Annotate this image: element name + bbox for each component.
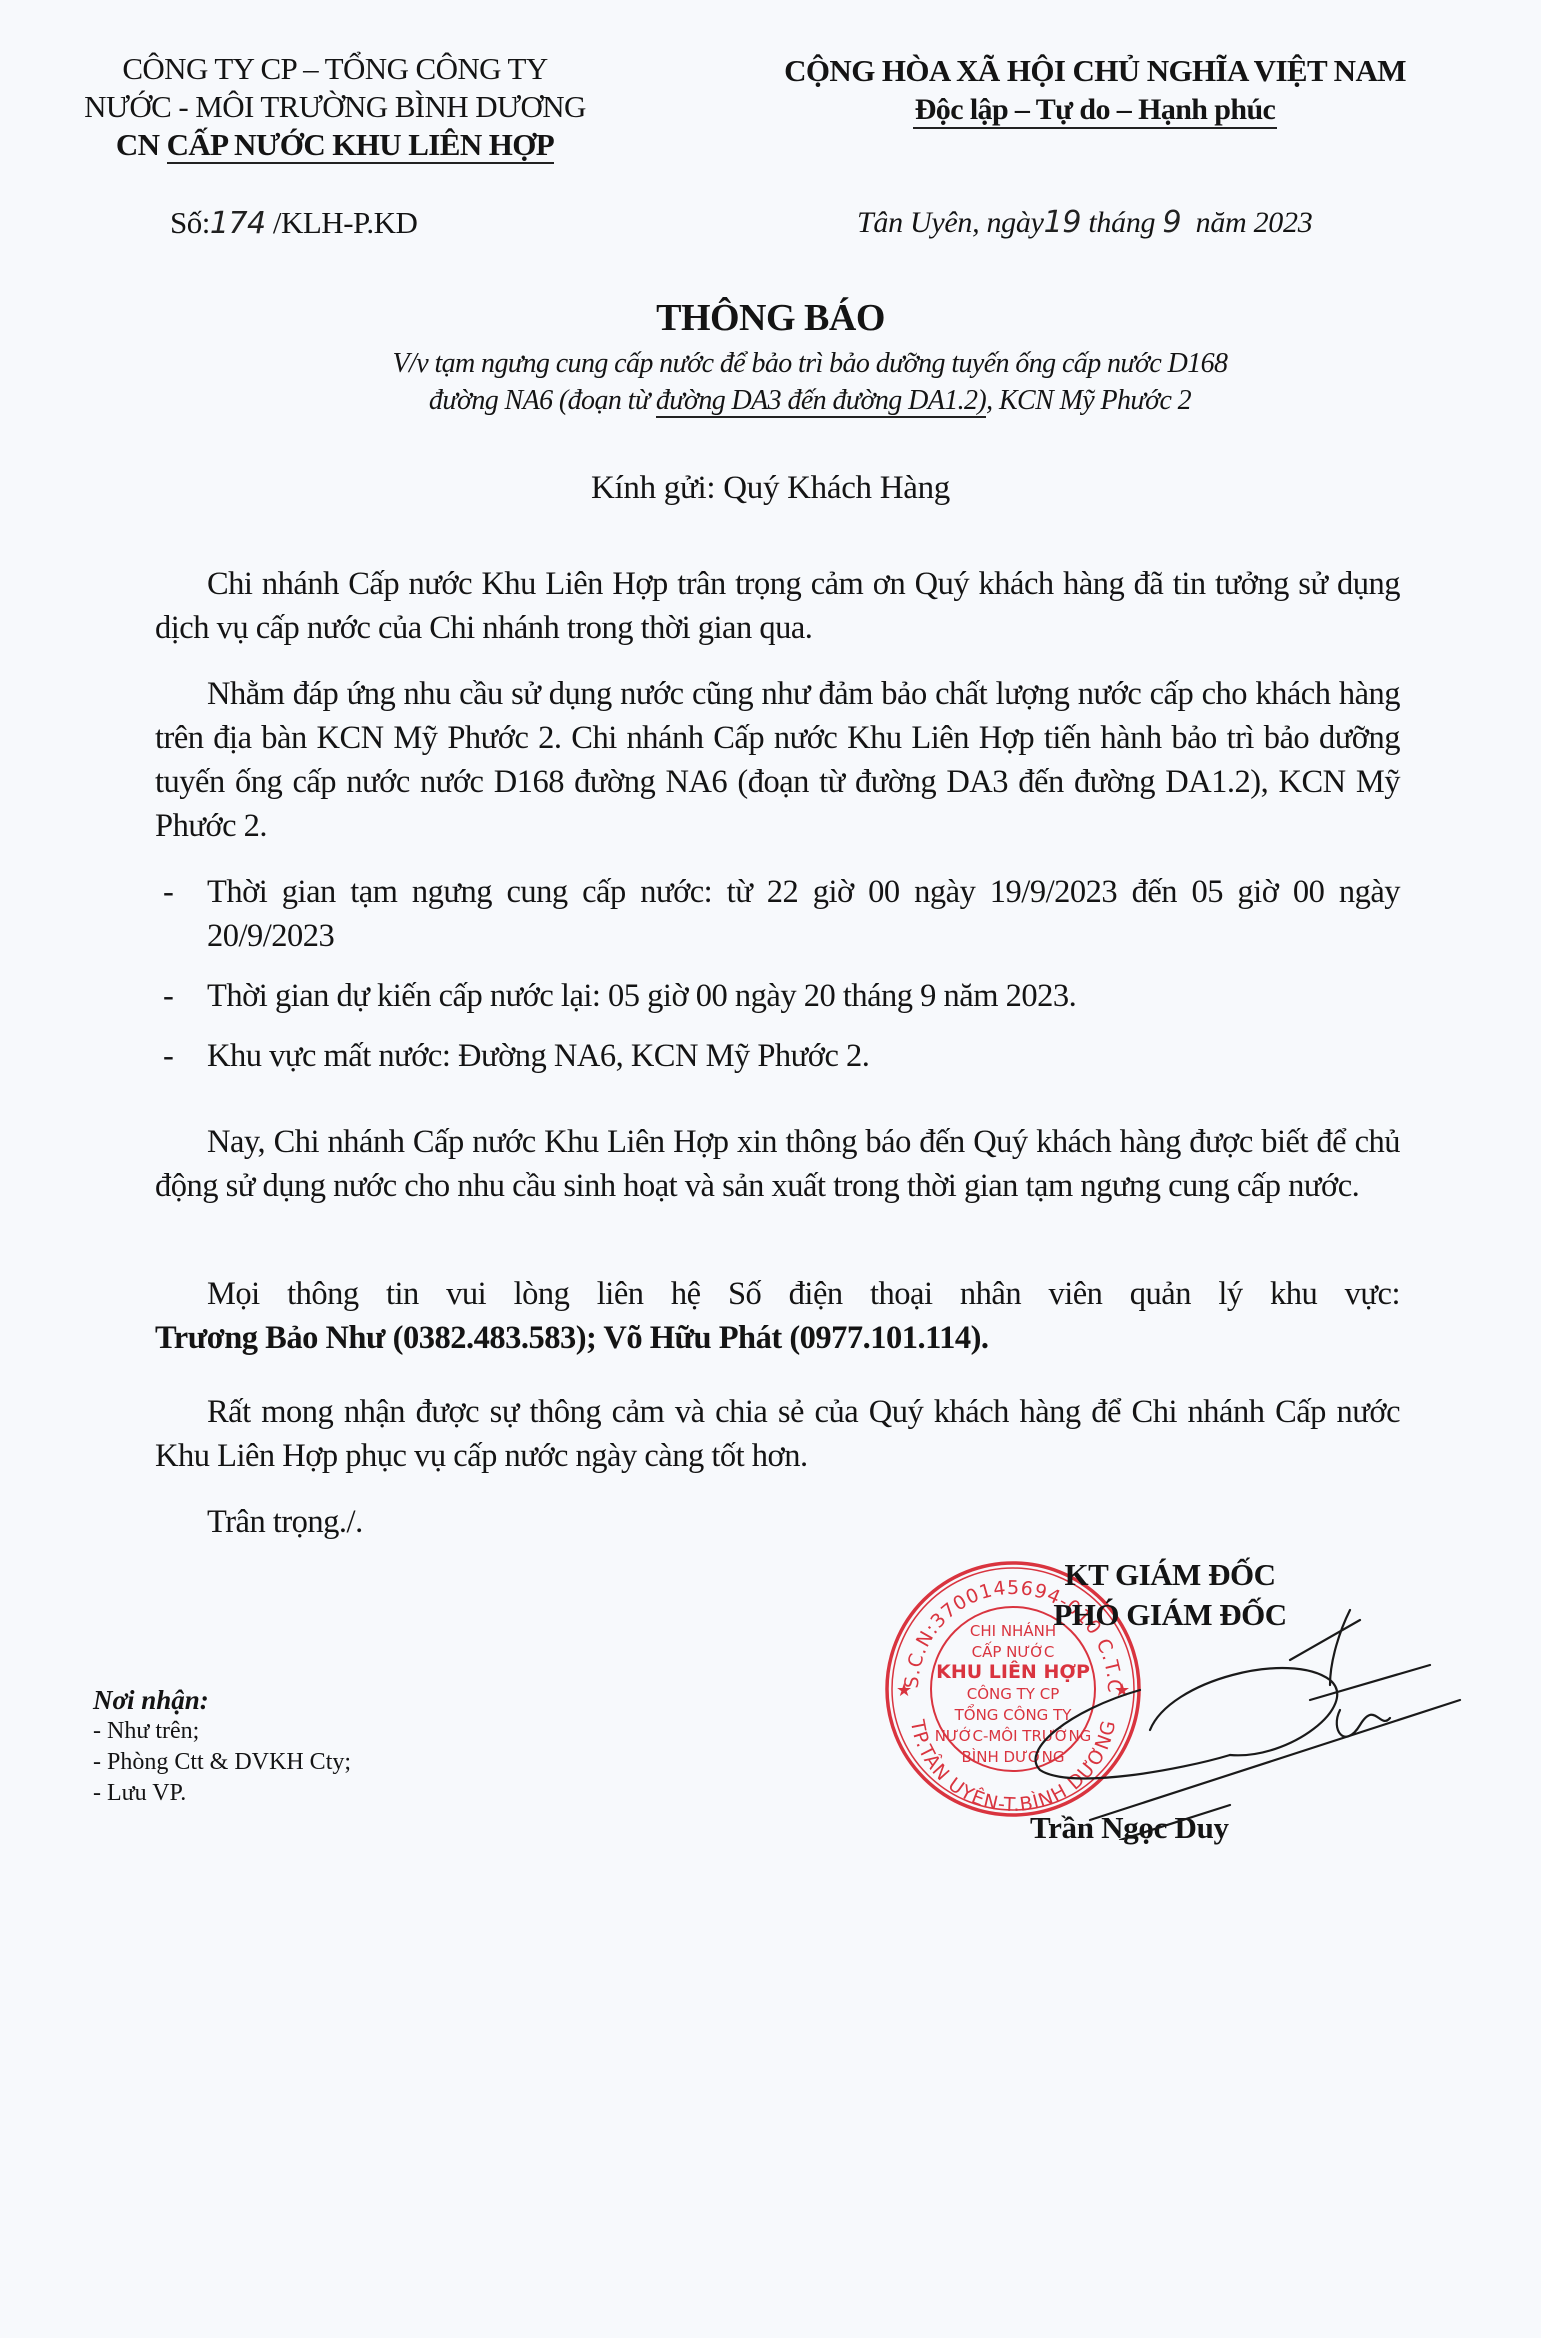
subject-line2-post: , KCN Mỹ Phước 2: [986, 385, 1191, 416]
paragraph-closing-wish: Rất mong nhận được sự thông cảm và chia …: [155, 1390, 1400, 1478]
organization-header: CÔNG TY CP – TỔNG CÔNG TY NƯỚC - MÔI TRƯ…: [40, 50, 630, 164]
doc-number-suffix: /KLH-P.KD: [273, 205, 417, 240]
paragraph-text: Mọi thông tin vui lòng liên hệ Số điện t…: [155, 1272, 1400, 1316]
subject-line2: đường NA6 (đoạn từ đường DA3 đến đường D…: [280, 382, 1340, 419]
recipient-item: - Lưu VP.: [93, 1778, 351, 1809]
document-title: THÔNG BÁO: [0, 296, 1541, 340]
subject-line2-underlined: đường DA3 đến đường DA1.2): [656, 385, 986, 418]
org-parent-line2: NƯỚC - MÔI TRƯỜNG BÌNH DƯƠNG: [40, 88, 630, 126]
date-day: 19: [1044, 205, 1082, 240]
org-branch-name: CẤP NƯỚC KHU LIÊN HỢP: [167, 128, 555, 164]
paragraph-thanks: Chi nhánh Cấp nước Khu Liên Hợp trân trọ…: [155, 562, 1400, 650]
date-place: Tân Uyên, ngày: [857, 206, 1044, 239]
national-header: CỘNG HÒA XÃ HỘI CHỦ NGHĨA VIỆT NAM Độc l…: [700, 52, 1490, 129]
org-branch-prefix: CN: [116, 127, 167, 162]
recipients-block: Nơi nhận: - Như trên; - Phòng Ctt & DVKH…: [93, 1685, 351, 1809]
list-item: -Thời gian tạm ngưng cung cấp nước: từ 2…: [155, 870, 1400, 958]
org-parent-line1: CÔNG TY CP – TỔNG CÔNG TY: [40, 50, 630, 88]
handwritten-signature: [1030, 1590, 1470, 1840]
signature-scribble-icon: [1030, 1590, 1470, 1840]
date-year: năm 2023: [1196, 206, 1313, 239]
subject-line1: V/v tạm ngưng cung cấp nước để bảo trì b…: [280, 345, 1340, 382]
svg-text:★: ★: [896, 1680, 912, 1701]
org-branch: CN CẤP NƯỚC KHU LIÊN HỢP: [40, 126, 630, 164]
closing-text: Trân trọng./.: [155, 1500, 1400, 1544]
paragraph-purpose: Nhằm đáp ứng nhu cầu sử dụng nước cũng n…: [155, 672, 1400, 848]
list-item: -Khu vực mất nước: Đường NA6, KCN Mỹ Phư…: [155, 1034, 1400, 1078]
paragraph-text: Chi nhánh Cấp nước Khu Liên Hợp trân trọ…: [155, 562, 1400, 650]
list-item: -Thời gian dự kiến cấp nước lại: 05 giờ …: [155, 974, 1400, 1018]
recipient-item: - Như trên;: [93, 1716, 351, 1747]
bullet-dash: -: [163, 1034, 173, 1078]
date-month: 9: [1162, 205, 1181, 240]
list-item-text: Khu vực mất nước: Đường NA6, KCN Mỹ Phướ…: [207, 1038, 869, 1074]
recipients-label: Nơi nhận:: [93, 1685, 351, 1716]
national-motto: Độc lập – Tự do – Hạnh phúc: [913, 93, 1278, 129]
national-title: CỘNG HÒA XÃ HỘI CHỦ NGHĨA VIỆT NAM: [700, 52, 1490, 90]
greeting: Kính gửi: Quý Khách Hàng: [0, 470, 1541, 507]
paragraph-text: Rất mong nhận được sự thông cảm và chia …: [155, 1390, 1400, 1478]
document-subject: V/v tạm ngưng cung cấp nước để bảo trì b…: [280, 345, 1340, 419]
bullet-dash: -: [163, 870, 173, 914]
doc-number-handwritten: 174: [210, 206, 266, 241]
signatory-title-line1: KT GIÁM ĐỐC: [1000, 1555, 1340, 1595]
bullet-dash: -: [163, 974, 173, 1018]
closing: Trân trọng./.: [155, 1500, 1400, 1544]
paragraph-text: Nay, Chi nhánh Cấp nước Khu Liên Hợp xin…: [155, 1120, 1400, 1208]
recipient-item: - Phòng Ctt & DVKH Cty;: [93, 1747, 351, 1778]
bullet-list: -Thời gian tạm ngưng cung cấp nước: từ 2…: [155, 870, 1400, 1078]
list-item-text: Thời gian dự kiến cấp nước lại: 05 giờ 0…: [207, 978, 1076, 1014]
contact-list: Trương Bảo Như (0382.483.583); Võ Hữu Ph…: [155, 1316, 1400, 1360]
subject-line2-pre: đường NA6 (đoạn từ: [429, 385, 656, 416]
date-line: Tân Uyên, ngày19 tháng 9 năm 2023: [857, 205, 1312, 240]
paragraph-text: Nhằm đáp ứng nhu cầu sử dụng nước cũng n…: [155, 672, 1400, 848]
paragraph-notice: Nay, Chi nhánh Cấp nước Khu Liên Hợp xin…: [155, 1120, 1400, 1208]
paragraph-contact: Mọi thông tin vui lòng liên hệ Số điện t…: [155, 1272, 1400, 1360]
document-number: Số:174 /KLH-P.KD: [170, 205, 417, 241]
date-month-label: tháng: [1088, 206, 1155, 239]
doc-number-label: Số:: [170, 205, 210, 240]
list-item-text: Thời gian tạm ngưng cung cấp nước: từ 22…: [207, 874, 1400, 954]
